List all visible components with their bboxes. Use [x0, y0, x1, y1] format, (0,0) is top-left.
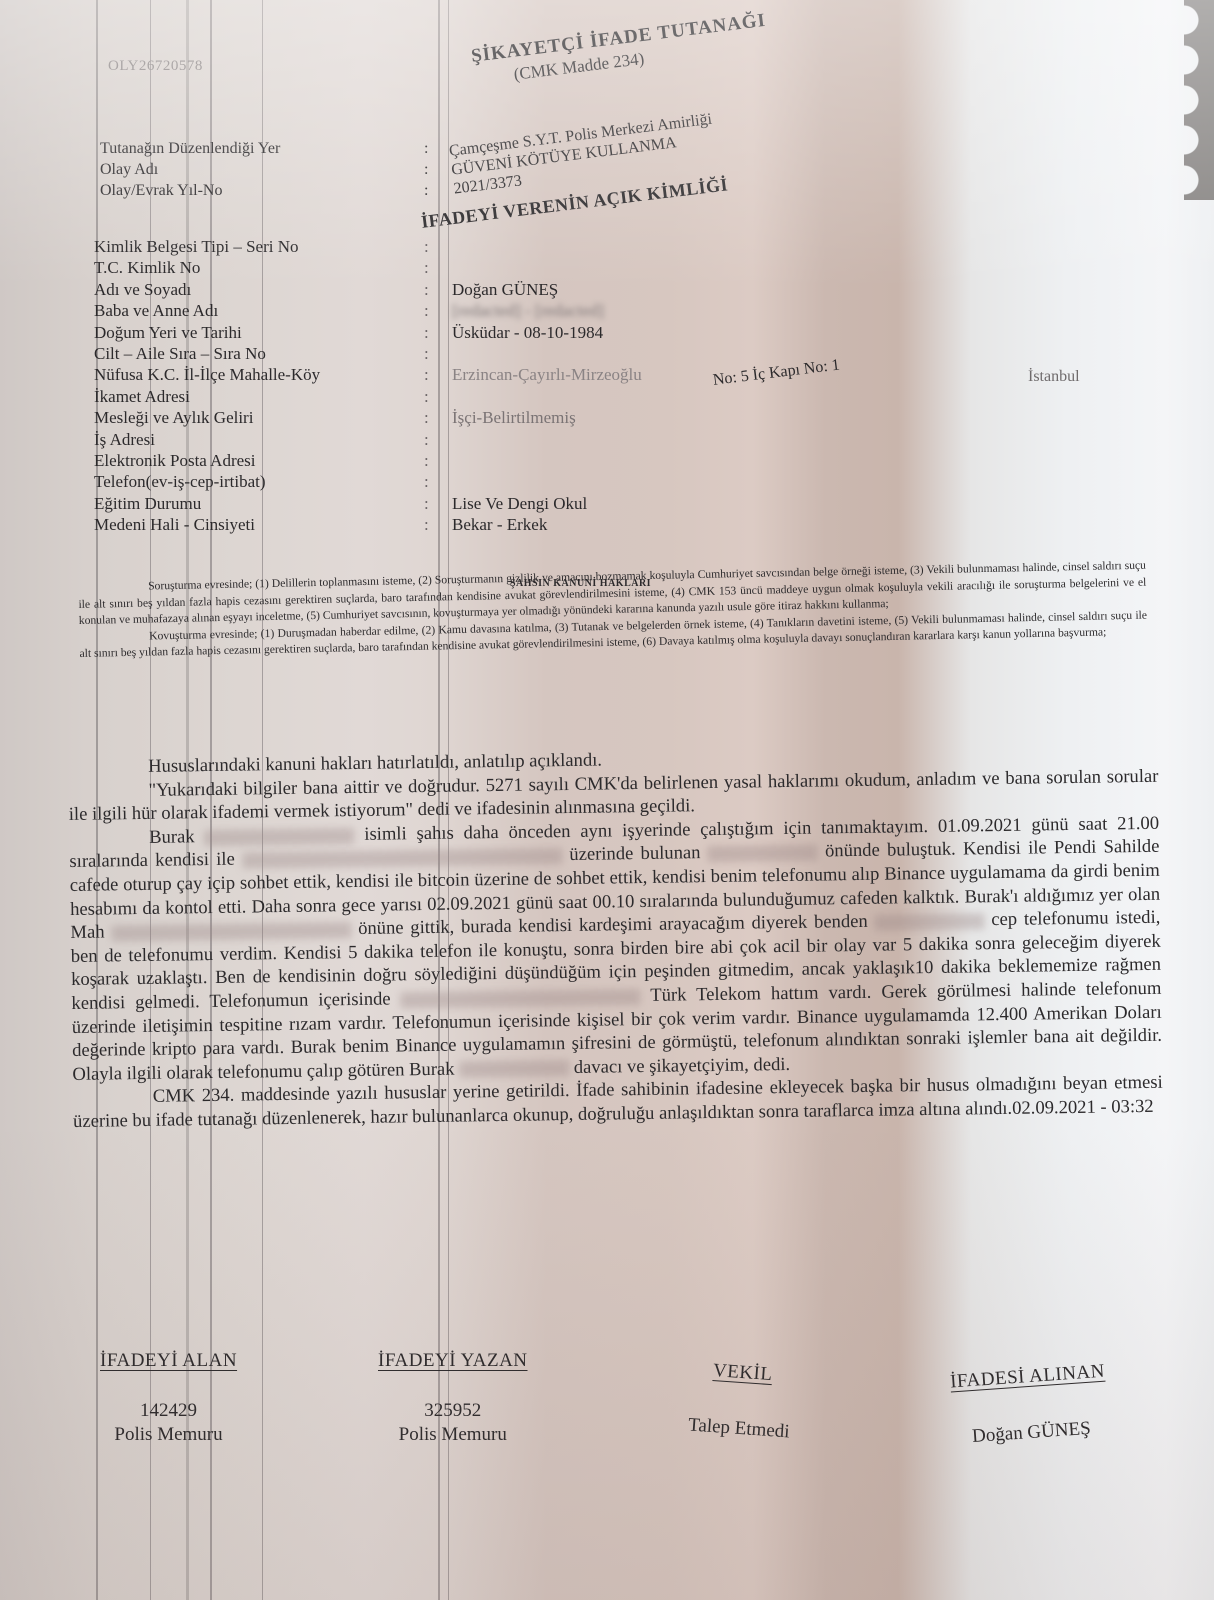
identity-label: Doğum Yeri ve Tarihi	[94, 322, 320, 343]
signature-attorney: VEKİL Talep Etmedi	[687, 1359, 794, 1444]
identity-value-occupation: İşçi-Belirtilmemiş	[452, 407, 642, 428]
meta-labels: Tutanağın Düzenlendiği Yer Olay Adı Olay…	[100, 138, 280, 201]
lace-tablecloth	[1184, 0, 1214, 200]
signature-role: İFADEYİ ALAN	[100, 1350, 237, 1372]
identity-colons: ::::::::::::::	[424, 236, 429, 536]
identity-value	[452, 450, 642, 471]
signature-role: İFADESİ ALINAN	[949, 1361, 1105, 1394]
identity-value	[452, 257, 642, 278]
identity-label: Mesleği ve Aylık Geliri	[94, 407, 320, 428]
signature-title: Polis Memuru	[100, 1424, 237, 1446]
signature-badge-number: 142429	[100, 1400, 237, 1422]
narrative-text: Burak	[149, 826, 195, 848]
narrative: Burak isimli şahıs daha önceden aynı işy…	[69, 812, 1163, 1087]
signature-statement-writer: İFADEYİ YAZAN 325952 Polis Memuru	[378, 1350, 528, 1446]
document-paper: OLY26720578 ŞİKAYETÇİ İFADE TUTANAĞI (CM…	[0, 0, 1214, 1600]
redaction	[459, 1060, 569, 1078]
identity-value	[452, 471, 642, 492]
identity-label: Telefon(ev-iş-cep-irtibat)	[94, 471, 320, 492]
identity-value	[452, 429, 642, 450]
identity-label: Kimlik Belgesi Tipi – Seri No	[94, 236, 320, 257]
signature-badge-number: 325952	[378, 1400, 528, 1422]
identity-values: Doğan GÜNEŞ [redacted] - [redacted] Üskü…	[452, 236, 642, 535]
identity-label: Cilt – Aile Sıra – Sıra No	[94, 343, 320, 364]
redaction	[111, 922, 351, 941]
identity-label: Nüfusa K.C. İl-İlçe Mahalle-Köy	[94, 364, 320, 385]
meta-label: Olay Adı	[100, 159, 280, 180]
signature-role: VEKİL	[691, 1359, 794, 1388]
document-id: OLY26720578	[108, 58, 203, 75]
redaction	[874, 913, 984, 931]
identity-label: T.C. Kimlik No	[94, 257, 320, 278]
legal-rights: Soruşturma evresinde; (1) Delillerin top…	[78, 558, 1148, 663]
address-door-no: No: 5 İç Kapı No: 1	[712, 356, 841, 389]
identity-label: İkamet Adresi	[94, 386, 320, 407]
redaction	[204, 828, 354, 846]
identity-value	[452, 343, 642, 364]
meta-label: Tutanağın Düzenlendiği Yer	[100, 138, 280, 159]
meta-colons: :::	[424, 138, 428, 201]
signature-name: Doğan GÜNEŞ	[953, 1417, 1109, 1450]
redaction	[242, 848, 562, 868]
identity-label: Medeni Hali - Cinsiyeti	[94, 514, 320, 535]
identity-value-education: Lise Ve Dengi Okul	[452, 493, 642, 514]
identity-label: Eğitim Durumu	[94, 493, 320, 514]
identity-label: Baba ve Anne Adı	[94, 300, 320, 321]
redaction	[708, 845, 818, 863]
identity-value-marital: Bekar - Erkek	[452, 514, 642, 535]
identity-label: Adı ve Soyadı	[94, 279, 320, 300]
narrative-text: üzerinde bulunan	[569, 843, 700, 866]
identity-label: Elektronik Posta Adresi	[94, 450, 320, 471]
identity-value-birth: Üsküdar - 08-10-1984	[452, 322, 642, 343]
meta-label: Olay/Evrak Yıl-No	[100, 180, 280, 201]
identity-labels: Kimlik Belgesi Tipi – Seri No T.C. Kimli…	[94, 236, 320, 536]
signature-statement-taker: İFADEYİ ALAN 142429 Polis Memuru	[100, 1350, 237, 1446]
identity-value	[452, 236, 642, 257]
narrative-text: davacı ve şikayetçiyim, dedi.	[574, 1054, 791, 1078]
identity-value-parents-redacted: [redacted] - [redacted]	[452, 300, 642, 321]
signature-note: Talep Etmedi	[687, 1414, 790, 1443]
signature-complainant: İFADESİ ALINAN Doğan GÜNEŞ	[949, 1361, 1109, 1450]
identity-label: İş Adresi	[94, 429, 320, 450]
document-title-block: ŞİKAYETÇİ İFADE TUTANAĞI (CMK Madde 234)	[470, 10, 770, 90]
redaction	[401, 989, 641, 1008]
statement-body: Hususlarındaki kanuni hakları hatırlatıl…	[68, 741, 1163, 1134]
signature-role: İFADEYİ YAZAN	[378, 1350, 528, 1372]
identity-value-registry: Erzincan-Çayırlı-Mirzeoğlu	[452, 364, 642, 385]
identity-value	[452, 386, 642, 407]
identity-value-name: Doğan GÜNEŞ	[452, 279, 642, 300]
signature-title: Polis Memuru	[378, 1424, 528, 1446]
address-city: İstanbul	[1028, 368, 1080, 386]
